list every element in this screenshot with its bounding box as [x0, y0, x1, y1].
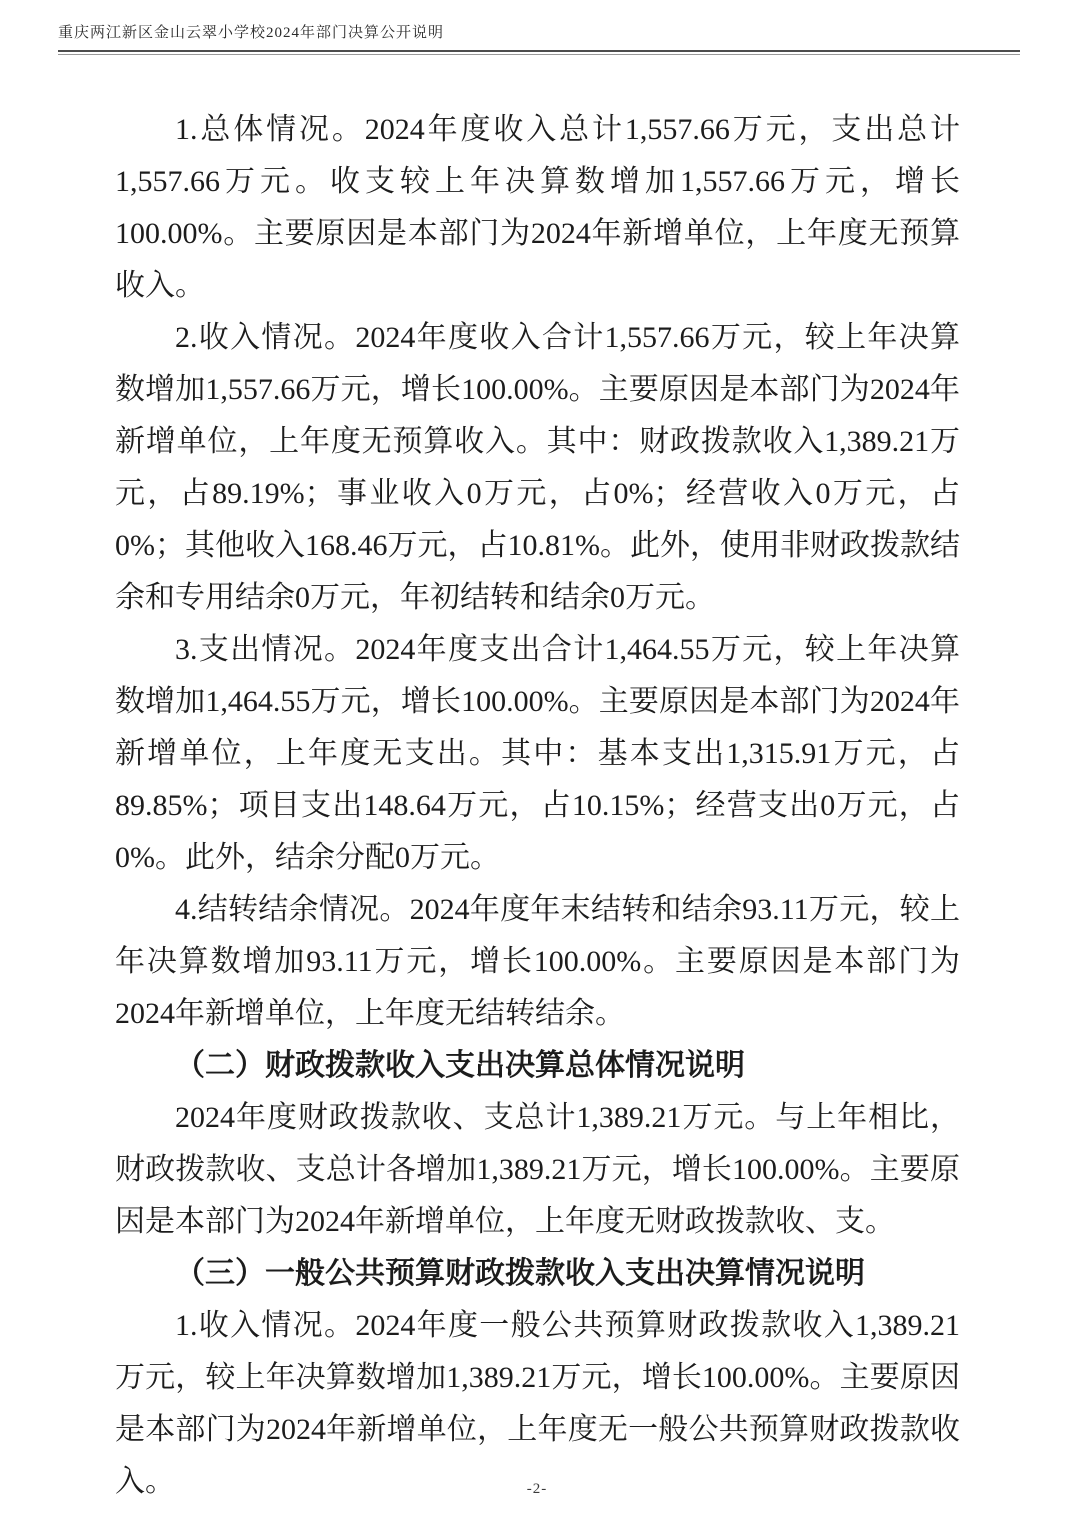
paragraph-expenditure-situation: 3.支出情况。2024年度支出合计1,464.55万元，较上年决算数增加1,46… — [115, 624, 960, 884]
header-rule-divider — [58, 50, 1020, 55]
document-page: 重庆两江新区金山云翠小学校2024年部门决算公开说明 1.总体情况。2024年度… — [0, 0, 1074, 1520]
paragraph-overall-situation: 1.总体情况。2024年度收入总计1,557.66万元，支出总计1,557.66… — [115, 104, 960, 312]
heading-fiscal-appropriation-overview: （二）财政拨款收入支出决算总体情况说明 — [115, 1040, 960, 1092]
paragraph-fiscal-appropriation-overview: 2024年度财政拨款收、支总计1,389.21万元。与上年相比，财政拨款收、支总… — [115, 1092, 960, 1248]
document-header-title: 重庆两江新区金山云翠小学校2024年部门决算公开说明 — [58, 22, 1020, 44]
heading-general-public-budget: （三）一般公共预算财政拨款收入支出决算情况说明 — [115, 1248, 960, 1300]
page-number: -2- — [527, 1481, 548, 1497]
paragraph-carryover-balance-situation: 4.结转结余情况。2024年度年末结转和结余93.11万元，较上年决算数增加93… — [115, 884, 960, 1040]
paragraph-general-public-budget-income: 1.收入情况。2024年度一般公共预算财政拨款收入1,389.21万元，较上年决… — [115, 1300, 960, 1508]
paragraph-income-situation: 2.收入情况。2024年度收入合计1,557.66万元，较上年决算数增加1,55… — [115, 312, 960, 624]
document-header: 重庆两江新区金山云翠小学校2024年部门决算公开说明 — [58, 22, 1020, 55]
document-body: 1.总体情况。2024年度收入总计1,557.66万元，支出总计1,557.66… — [115, 104, 960, 1508]
document-footer: -2- — [0, 1480, 1074, 1498]
